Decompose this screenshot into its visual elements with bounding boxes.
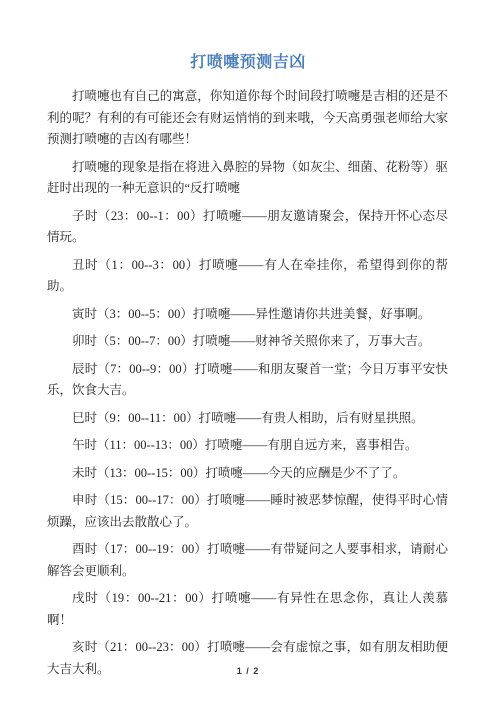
document-title: 打喷嚏预测吉凶	[0, 0, 496, 74]
entry-paragraph-wu: 午时（11：00--13：00）打喷嚏——有朋自远方来，喜事相告。	[47, 435, 448, 457]
entry-paragraph-chou: 丑时（1：00--3：00）打喷嚏——有人在牵挂你，希望得到你的帮助。	[47, 255, 448, 298]
entry-paragraph-shen: 申时（15：00--17：00）打喷嚏——睡时被恶梦惊醒，使得平时心情烦躁，应该…	[47, 490, 448, 533]
document-page: 打喷嚏预测吉凶 打喷嚏也有自己的寓意，你知道你每个时间段打喷嚏是吉相的还是不利的…	[0, 0, 496, 702]
entry-paragraph-zi: 子时（23：00--1：00）打喷嚏——朋友邀请聚会，保持开怀心态尽情玩。	[47, 206, 448, 249]
definition-paragraph: 打喷嚏的现象是指在将进入鼻腔的异物（如灰尘、细菌、花粉等）驱赶时出现的一种无意识…	[47, 157, 448, 200]
entry-paragraph-mao: 卯时（5：00--7：00）打喷嚏——财神爷关照你来了，万事大吉。	[47, 331, 448, 353]
entry-paragraph-xu: 戌时（19：00--21：00）打喷嚏——有异性在思念你，真让人羡慕啊！	[47, 588, 448, 631]
document-body: 打喷嚏也有自己的寓意，你知道你每个时间段打喷嚏是吉相的还是不利的呢？有利的有可能…	[0, 86, 496, 680]
page-number: 1 / 2	[0, 666, 496, 676]
entry-paragraph-yin: 寅时（3：00--5：00）打喷嚏——异性邀请你共进美餐，好事啊。	[47, 304, 448, 326]
entry-paragraph-wei: 未时（13：00--15：00）打喷嚏——今天的应酬是少不了了。	[47, 463, 448, 485]
intro-paragraph: 打喷嚏也有自己的寓意，你知道你每个时间段打喷嚏是吉相的还是不利的呢？有利的有可能…	[47, 86, 448, 151]
entry-paragraph-you: 酉时（17：00--19：00）打喷嚏——有带疑问之人要事相求，请耐心解答会更顺…	[47, 539, 448, 582]
entry-paragraph-si: 巳时（9：00--11：00）打喷嚏——有贵人相助，后有财星拱照。	[47, 408, 448, 430]
entry-paragraph-chen: 辰时（7：00--9：00）打喷嚏——和朋友聚首一堂；今日万事平安快乐，饮食大吉…	[47, 359, 448, 402]
